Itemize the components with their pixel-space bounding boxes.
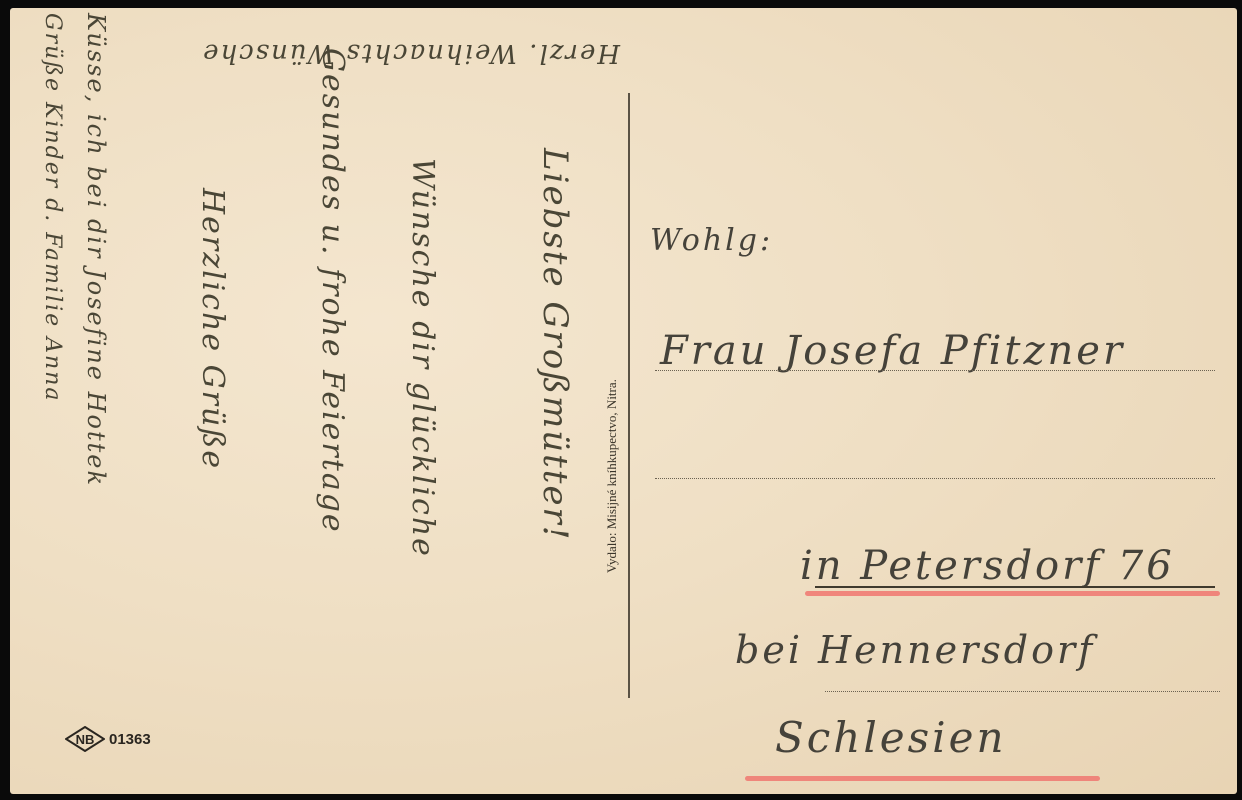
publisher-imprint: Vydalo: Misijné kníhkupectvo, Nitra. [604,379,620,573]
message-line: Wünsche dir glückliche [405,158,440,558]
message-salutation: Liebste Großmütter! [535,148,575,541]
catalog-number: 01363 [109,731,151,748]
nb-diamond-icon: NB [65,726,105,752]
publisher-logo: NB 01363 [65,726,151,752]
region-red-underline [745,776,1100,781]
message-line: Grüße Kinder d. Familie Anna [40,13,65,403]
town-underline [815,586,1215,588]
svg-text:NB: NB [76,732,95,747]
address-near: bei Hennersdorf [735,628,1095,672]
address-town: in Petersdorf 76 [800,543,1175,589]
address-salutation: Wohlg: [650,223,773,258]
address-region: Schlesien [775,713,1007,762]
address-line-2 [655,478,1215,479]
message-line: Küsse, ich bei dir Josefine Hottek [82,13,110,487]
address-line-3 [825,691,1220,692]
message-line: Gesundes u. frohe Feiertage [315,48,350,534]
town-red-underline [805,591,1220,596]
postcard-back: Herzl. Weihnachts Wünsche Liebste Großmü… [10,8,1237,794]
address-line-1 [655,370,1215,371]
message-top-line: Herzl. Weihnachts Wünsche [201,38,620,68]
address-recipient: Frau Josefa Pfitzner [660,328,1125,374]
center-divider [628,93,630,698]
message-line: Herzliche Grüße [195,188,230,470]
